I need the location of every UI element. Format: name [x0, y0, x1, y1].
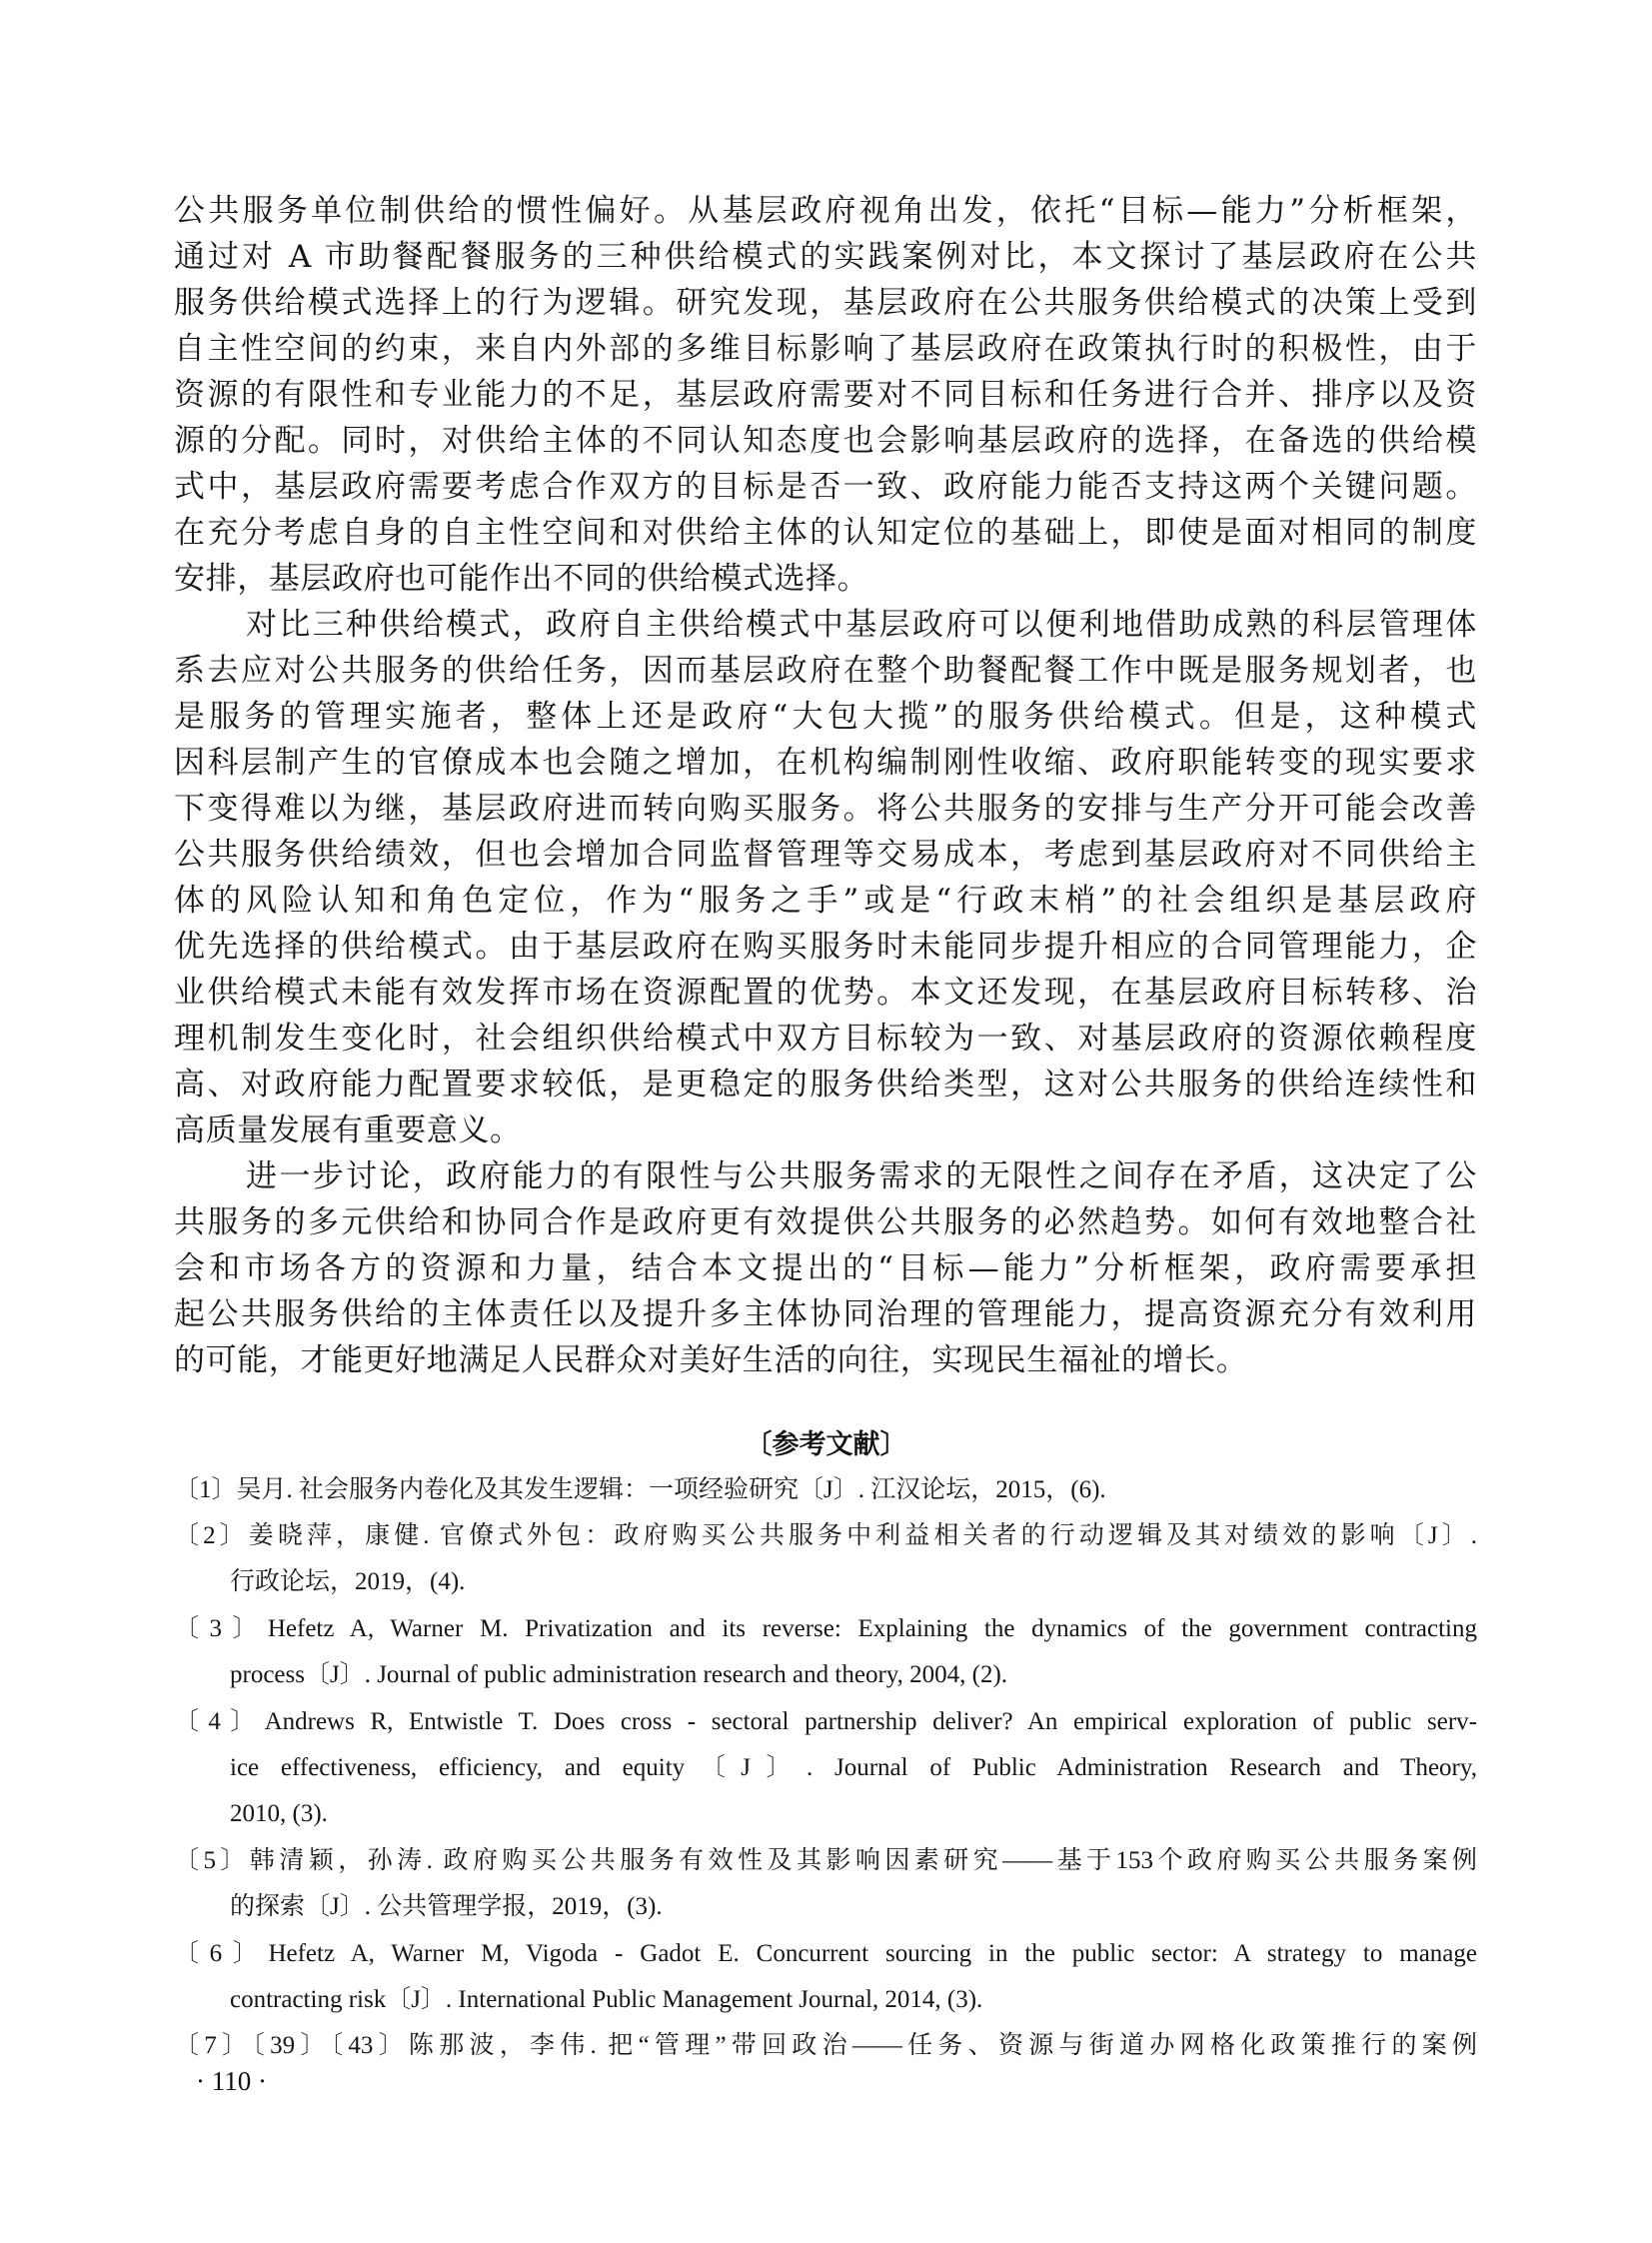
text-line: 公共服务单位制供给的惯性偏好。从基层政府视角出发，依托“目标—能力”分析框架， [174, 192, 1477, 230]
text-line: 通过对 A 市助餐配餐服务的三种供给模式的实践案例对比，本文探讨了基层政府在公共 [174, 238, 1477, 276]
text-line: 安排，基层政府也可能作出不同的供给模式选择。 [174, 560, 1477, 598]
text-line: 共服务的多元供给和协同合作是政府更有效提供公共服务的必然趋势。如何有效地整合社 [174, 1203, 1477, 1241]
page-number: · 110 · [196, 2065, 267, 2097]
text-line: 理机制发生变化时，社会组织供给模式中双方目标较为一致、对基层政府的资源依赖程度 [174, 1020, 1477, 1058]
reference-number: 〔6〕 [174, 1940, 268, 1967]
text-line: 高质量发展有重要意义。 [174, 1112, 1477, 1149]
text-line: 起公共服务供给的主体责任以及提升多主体协同治理的管理能力，提高资源充分有效利用 [174, 1295, 1477, 1333]
text-line: 进一步讨论，政府能力的有限性与公共服务需求的无限性之间存在矛盾，这决定了公 [174, 1157, 1477, 1195]
reference-continuation: contracting risk〔J〕. International Publi… [230, 1983, 1477, 2017]
reference-item-6: 〔6〕Hefetz A, Warner M, Vigoda - Gadot E.… [174, 1937, 1477, 1971]
text-line: 会和市场各方的资源和力量，结合本文提出的“目标—能力”分析框架，政府需要承担 [174, 1249, 1477, 1287]
reference-number: 〔4〕 [174, 1708, 265, 1735]
reference-text: 姜晓萍，康健. 官僚式外包：政府购买公共服务中利益相关者的行动逻辑及其对绩效的影… [249, 1522, 1477, 1549]
paper-page: 公共服务单位制供给的惯性偏好。从基层政府视角出发，依托“目标—能力”分析框架， … [0, 0, 1652, 2243]
reference-item-3: 〔3〕Hefetz A, Warner M. Privatization and… [174, 1612, 1477, 1646]
text-line: 资源的有限性和专业能力的不足，基层政府需要对不同目标和任务进行合并、排序以及资 [174, 376, 1477, 414]
reference-item-4: 〔4〕Andrews R, Entwistle T. Does cross - … [174, 1705, 1477, 1739]
text-line: 业供给模式未能有效发挥市场在资源配置的优势。本文还发现，在基层政府目标转移、治 [174, 974, 1477, 1012]
reference-number: 〔3〕 [174, 1615, 268, 1642]
text-line: 服务供给模式选择上的行为逻辑。研究发现，基层政府在公共服务供给模式的决策上受到 [174, 284, 1477, 322]
text-line: 因科层制产生的官僚成本也会随之增加，在机构编制刚性收缩、政府职能转变的现实要求 [174, 744, 1477, 782]
reference-text: 吴月. 社会服务内卷化及其发生逻辑：一项经验研究〔J〕. 江汉论坛，2015，(… [237, 1476, 1106, 1503]
reference-item-1: 〔1〕吴月. 社会服务内卷化及其发生逻辑：一项经验研究〔J〕. 江汉论坛，201… [174, 1473, 1477, 1507]
text-line: 自主性空间的约束，来自内外部的多维目标影响了基层政府在政策执行时的积极性，由于 [174, 330, 1477, 368]
reference-continuation: 2010, (3). [230, 1797, 1477, 1831]
text-line: 下变得难以为继，基层政府进而转向购买服务。将公共服务的安排与生产分开可能会改善 [174, 790, 1477, 828]
reference-number: 〔5〕 [174, 1847, 250, 1874]
reference-text: Hefetz A, Warner M, Vigoda - Gadot E. Co… [268, 1940, 1477, 1967]
text-line: 系去应对公共服务的供给任务，因而基层政府在整个助餐配餐工作中既是服务规划者，也 [174, 652, 1477, 690]
reference-continuation: 行政论坛，2019，(4). [230, 1565, 1477, 1599]
reference-continuation: 的探索〔J〕. 公共管理学报，2019，(3). [230, 1890, 1477, 1924]
reference-number: 〔2〕 [174, 1522, 249, 1549]
text-line: 体的风险认知和角色定位，作为“服务之手”或是“行政末梢”的社会组织是基层政府 [174, 882, 1477, 920]
reference-number: 〔7〕〔39〕〔43〕 [174, 2032, 409, 2059]
text-line: 式中，基层政府需要考虑合作双方的目标是否一致、政府能力能否支持这两个关键问题。 [174, 468, 1477, 506]
text-line: 是服务的管理实施者，整体上还是政府“大包大揽”的服务供给模式。但是，这种模式 [174, 698, 1477, 736]
reference-number: 〔1〕 [174, 1476, 237, 1503]
reference-continuation: process〔J〕. Journal of public administra… [230, 1658, 1477, 1692]
text-line: 在充分考虑自身的自主性空间和对供给主体的认知定位的基础上，即使是面对相同的制度 [174, 514, 1477, 552]
reference-continuation: ice effectiveness, efficiency, and equit… [230, 1751, 1477, 1785]
reference-text: 韩清颖，孙涛. 政府购买公共服务有效性及其影响因素研究——基于153个政府购买公… [250, 1847, 1477, 1874]
text-line: 优先选择的供给模式。由于基层政府在购买服务时未能同步提升相应的合同管理能力，企 [174, 928, 1477, 966]
text-line: 公共服务供给绩效，但也会增加合同监督管理等交易成本，考虑到基层政府对不同供给主 [174, 836, 1477, 874]
reference-text: Andrews R, Entwistle T. Does cross - sec… [265, 1708, 1477, 1735]
text-line: 的可能，才能更好地满足人民群众对美好生活的向往，实现民生福祉的增长。 [174, 1341, 1477, 1379]
text-line: 高、对政府能力配置要求较低，是更稳定的服务供给类型，这对公共服务的供给连续性和 [174, 1066, 1477, 1104]
text-line: 源的分配。同时，对供给主体的不同认知态度也会影响基层政府的选择，在备选的供给模 [174, 422, 1477, 460]
reference-item-2: 〔2〕姜晓萍，康健. 官僚式外包：政府购买公共服务中利益相关者的行动逻辑及其对绩… [174, 1519, 1477, 1553]
reference-text: Hefetz A, Warner M. Privatization and it… [268, 1615, 1477, 1642]
reference-item-5: 〔5〕韩清颖，孙涛. 政府购买公共服务有效性及其影响因素研究——基于153个政府… [174, 1844, 1477, 1878]
reference-text: 陈那波，李伟. 把“管理”带回政治——任务、资源与街道办网格化政策推行的案例 [409, 2032, 1477, 2059]
references-heading: 〔参考文献〕 [0, 1427, 1652, 1463]
reference-item-7: 〔7〕〔39〕〔43〕陈那波，李伟. 把“管理”带回政治——任务、资源与街道办网… [174, 2029, 1477, 2063]
text-line: 对比三种供给模式，政府自主供给模式中基层政府可以便利地借助成熟的科层管理体 [174, 606, 1477, 644]
